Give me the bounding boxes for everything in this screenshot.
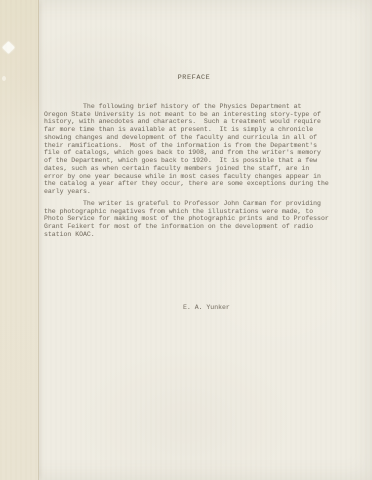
preface-paragraph-1: The following brief history of the Physi… xyxy=(44,103,344,196)
page-content: PREFACE The following brief history of t… xyxy=(44,75,344,311)
page-binding-edge xyxy=(0,0,39,480)
preface-paragraph-2: The writer is grateful to Professor John… xyxy=(44,200,344,239)
scanned-document-page: PREFACE The following brief history of t… xyxy=(0,0,372,480)
preface-heading: PREFACE xyxy=(44,75,344,83)
paper-speck xyxy=(2,76,6,81)
author-signature: E. A. Yunker xyxy=(183,304,344,312)
